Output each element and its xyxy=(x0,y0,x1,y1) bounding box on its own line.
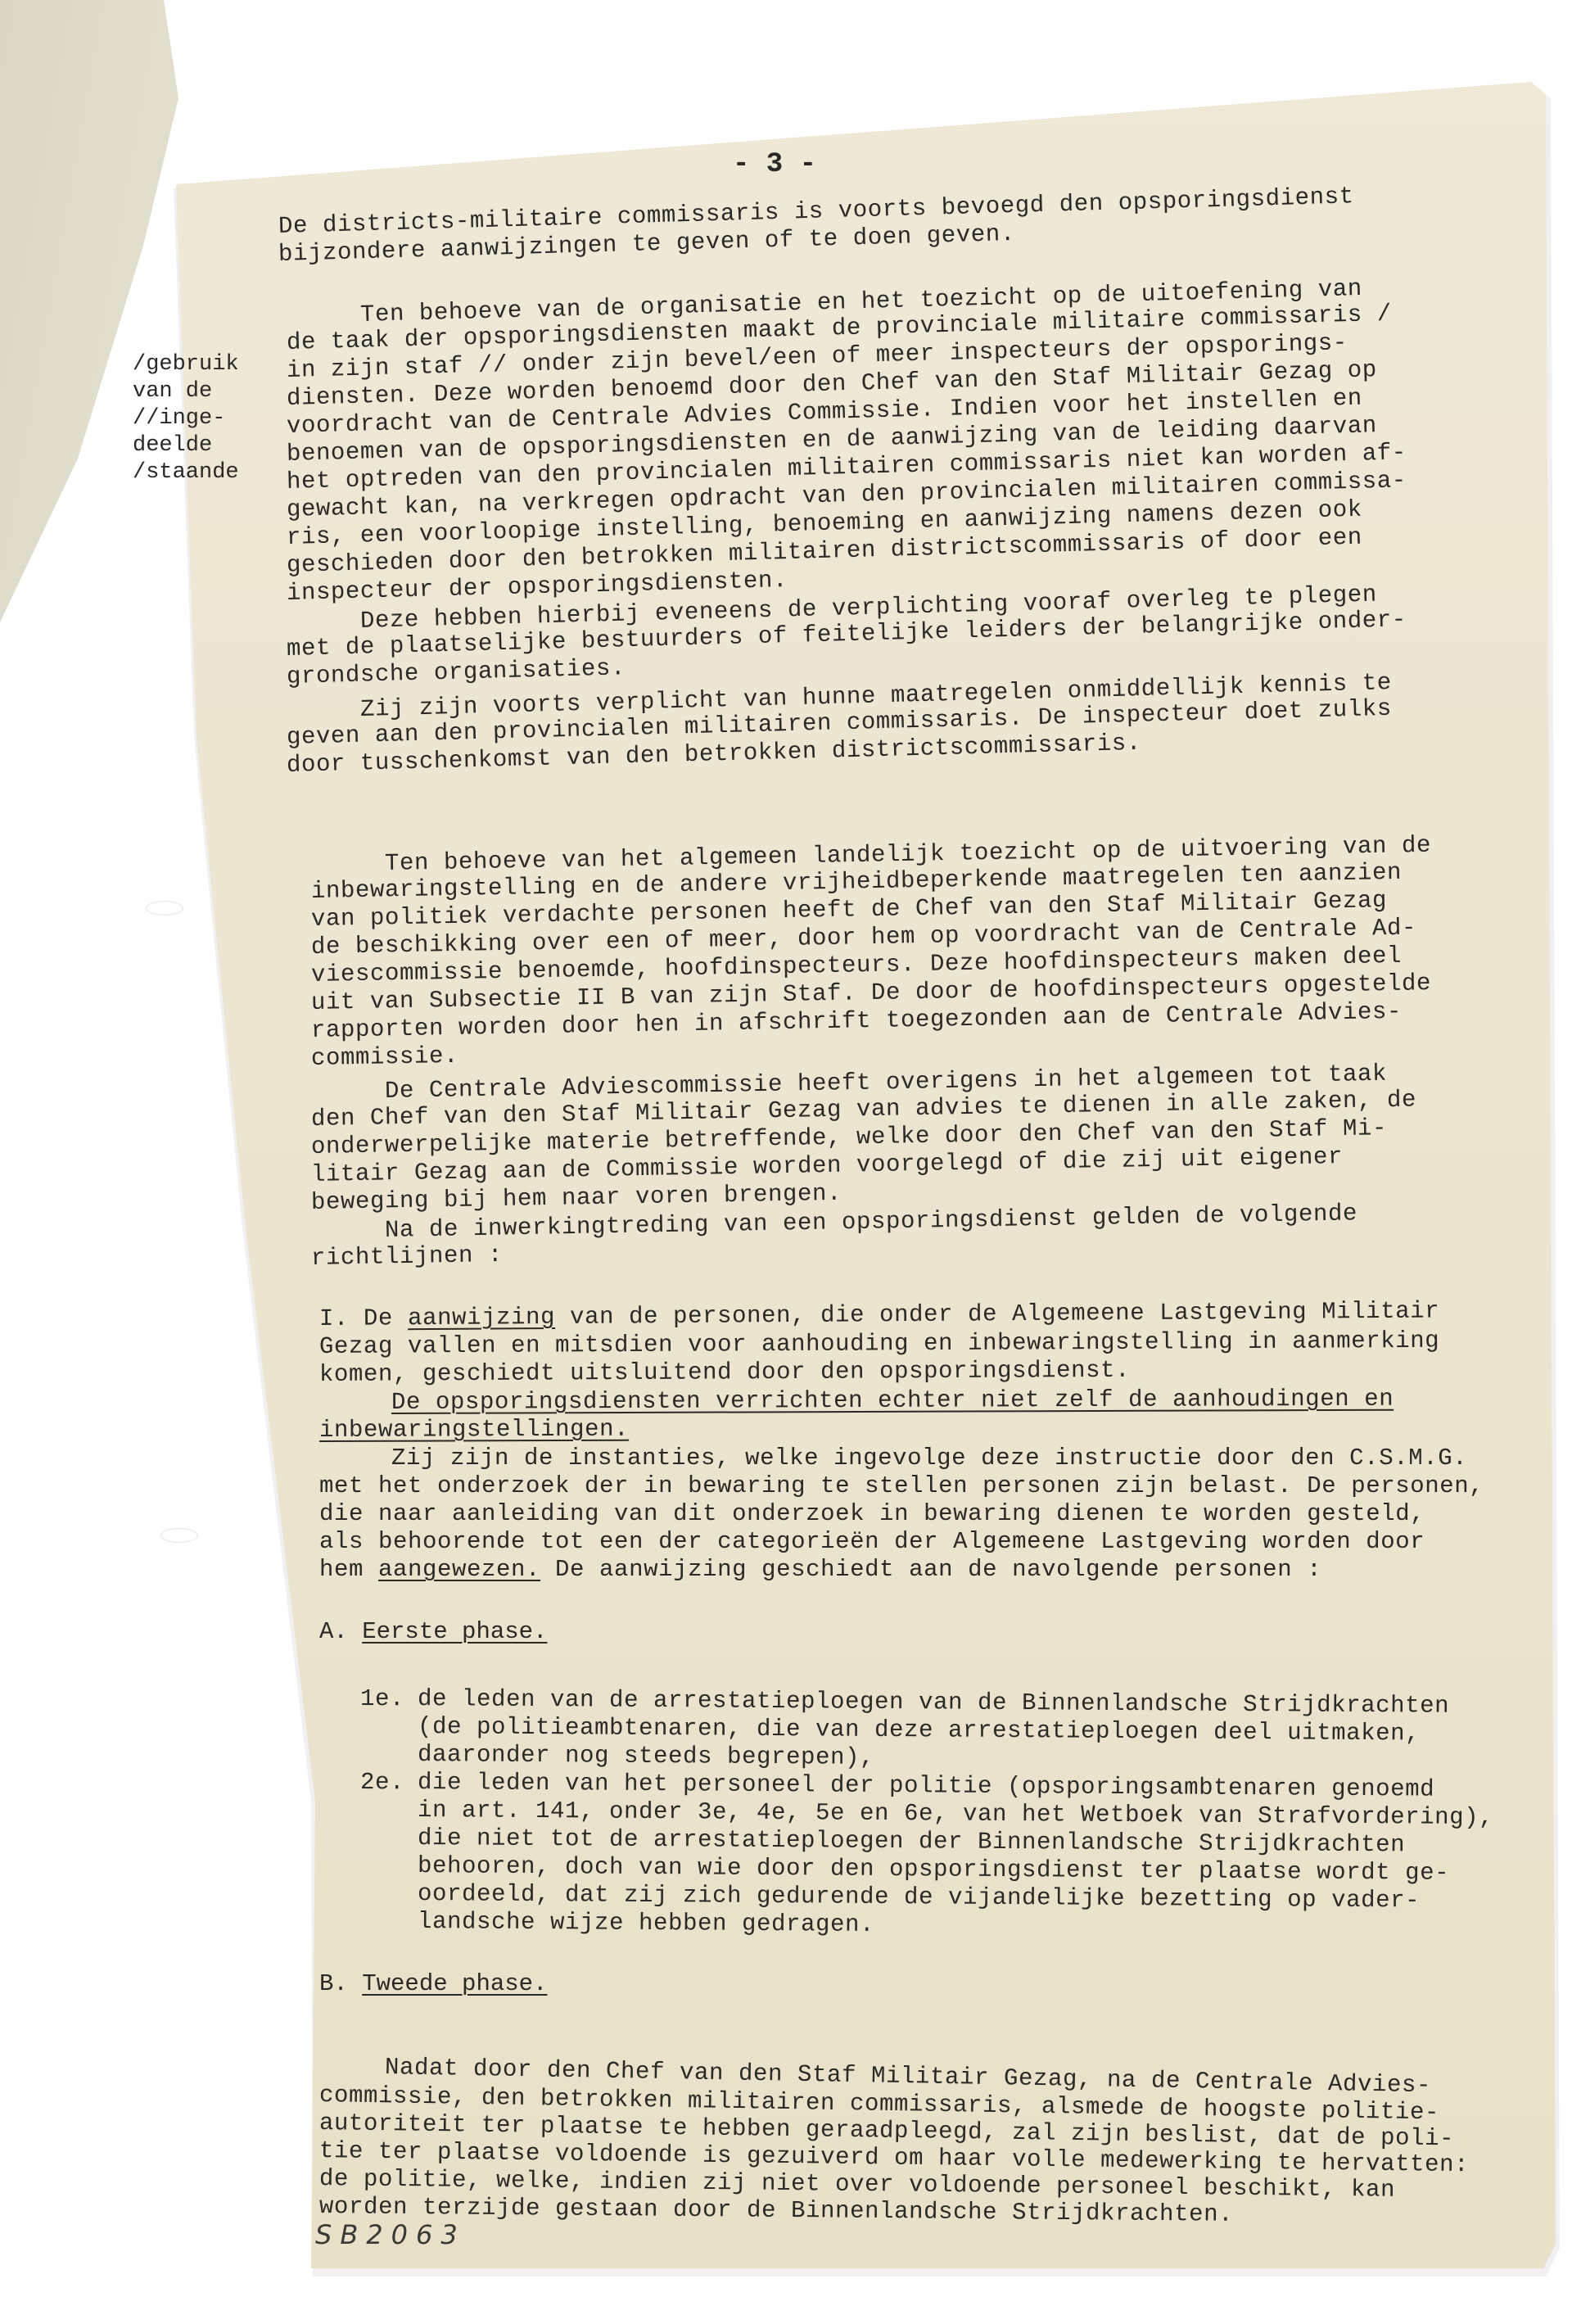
margin-note: //inge- xyxy=(133,408,225,430)
list-item-line: oordeeld, dat zij zich gedurende de vija… xyxy=(418,1882,1420,1913)
list-number: 2e. xyxy=(360,1770,404,1794)
text-line: richtlijnen : xyxy=(311,1243,504,1270)
text-span: I. De xyxy=(319,1304,408,1332)
text-line: Zij zijn de instanties, welke ingevolge … xyxy=(391,1446,1467,1470)
margin-note: deelde xyxy=(133,435,212,457)
phase-label: A. xyxy=(319,1618,362,1645)
text-line: die naar aanleiding van dit onderzoek in… xyxy=(319,1502,1425,1526)
underlined-sentence: De opsporingsdiensten verrichten echter … xyxy=(391,1387,1394,1414)
underlined-sentence: inbewaringstellingen. xyxy=(319,1417,629,1442)
text-line: commissie. xyxy=(311,1044,459,1070)
handwritten-reference: SB2063 xyxy=(315,2219,466,2250)
list-item-line: daaronder nog steeds begrepen), xyxy=(418,1743,874,1770)
list-item-line: die niet tot de arrestatieploegen der Bi… xyxy=(418,1826,1405,1856)
list-item-line: behooren, doch van wie door den opsporin… xyxy=(418,1854,1449,1885)
text-span: hem xyxy=(319,1556,378,1583)
margin-note: van de xyxy=(133,381,212,403)
list-item-line: de leden van de arrestatieploegen van de… xyxy=(418,1687,1449,1718)
page-number: - 3 - xyxy=(733,149,816,180)
phase-title: Eerste phase. xyxy=(362,1618,547,1645)
margin-note: /gebruik xyxy=(133,354,239,376)
phase-label: B. xyxy=(319,1970,362,1997)
section-i-last-line: hem aangewezen. De aanwijzing geschiedt … xyxy=(319,1558,1321,1581)
margin-note: /staande xyxy=(133,462,239,484)
text-line: Gezag vallen en mitsdien voor aanhouding… xyxy=(319,1329,1439,1359)
punch-hole-top xyxy=(146,901,183,916)
list-item-line: die leden van het personeel der politie … xyxy=(418,1770,1434,1802)
phase-title: Tweede phase. xyxy=(362,1970,547,1997)
text-line: als behoorende tot een der categorieën d… xyxy=(319,1530,1425,1553)
text-line: met het onderzoek der in bewaring te ste… xyxy=(319,1474,1484,1498)
underlined-term: aangewezen. xyxy=(378,1556,540,1583)
list-item-line: (de politieambtenaren, die van deze arre… xyxy=(418,1715,1420,1746)
list-number: 1e. xyxy=(360,1687,404,1711)
punch-hole-bottom xyxy=(160,1528,198,1543)
text-line: komen, geschiedt uitsluitend door den op… xyxy=(319,1359,1130,1386)
text-span: De aanwijzing geschiedt aan de navolgend… xyxy=(540,1556,1321,1583)
phase-b-heading: B. Tweede phase. xyxy=(319,1970,547,1997)
underlined-term: aanwijzing xyxy=(408,1304,555,1332)
phase-a-heading: A. Eerste phase. xyxy=(319,1618,547,1645)
list-item-line: landsche wijze hebben gedragen. xyxy=(418,1910,874,1937)
